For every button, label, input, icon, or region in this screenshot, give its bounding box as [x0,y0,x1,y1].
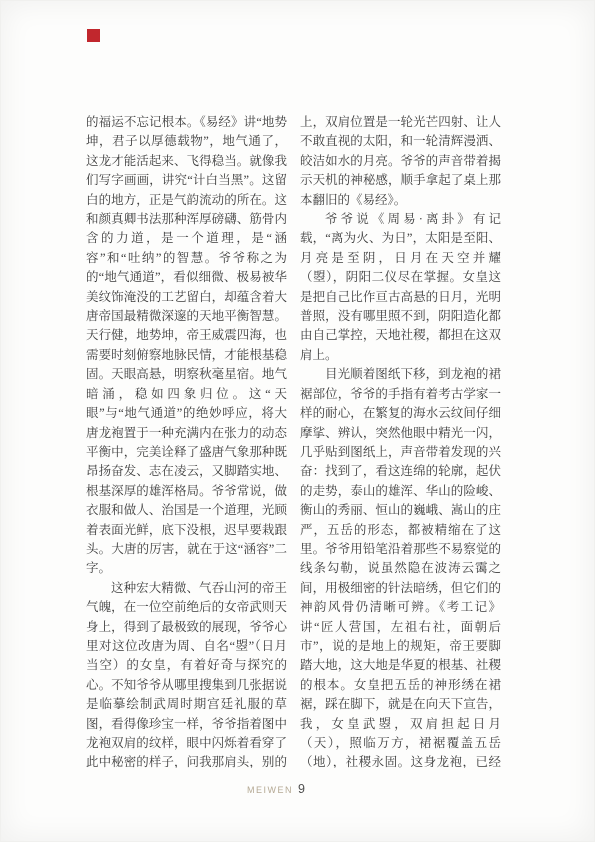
text-column-right: 上，双肩位置是一轮光芒四射、让人不敢直视的太阳，和一轮清辉漫洒、皎洁如水的月亮。… [300,113,501,768]
magazine-page: 的福运不忘记根本。《易经》讲“地势坤，君子以厚德载物”，地气通了，这龙才能活起来… [0,0,595,842]
paragraph: 目光顺着图纸下移，到龙袍的裙裾部位，爷爷的手指有着考古学家一样的耐心，在繁复的海… [300,365,501,768]
text-column-left: 的福运不忘记根本。《易经》讲“地势坤，君子以厚德载物”，地气通了，这龙才能活起来… [86,113,287,768]
magazine-name: MEIWEN [247,785,293,795]
paragraph: 的福运不忘记根本。《易经》讲“地势坤，君子以厚德载物”，地气通了，这龙才能活起来… [86,113,287,579]
paragraph: 这种宏大精微、气吞山河的帝王气魄，在一位空前绝后的女帝武则天身上，得到了最极致的… [86,579,287,768]
page-footer: MEIWEN9 [86,780,466,798]
red-square-marker [87,29,100,42]
paragraph: 爷爷说《周易·离卦》有记载，“离为火、为日”，太阳是至阳、月亮是至阴，日月在天空… [300,210,501,365]
page-number: 9 [298,782,305,796]
paragraph: 上，双肩位置是一轮光芒四射、让人不敢直视的太阳，和一轮清辉漫洒、皎洁如水的月亮。… [300,113,501,210]
article-body: 的福运不忘记根本。《易经》讲“地势坤，君子以厚德载物”，地气通了，这龙才能活起来… [86,113,501,768]
